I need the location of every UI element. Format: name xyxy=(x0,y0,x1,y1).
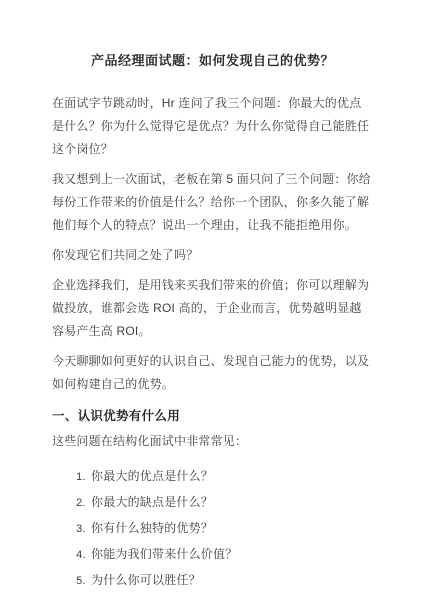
paragraph-previous-interview: 我又想到上一次面试，老板在第 5 面只问了三个问题：你给每份工作带来的价值是什么… xyxy=(52,168,373,237)
interview-questions-list: 你最大的优点是什么？ 你最大的缺点是什么？ 你有什么独特的优势？ 你能为我们带来… xyxy=(52,465,373,592)
list-item-question-3: 你有什么独特的优势？ xyxy=(89,517,373,540)
paragraph-common-question: 你发现它们共同之处了吗？ xyxy=(52,244,373,267)
list-item-question-4: 你能为我们带来什么价值？ xyxy=(89,543,373,566)
list-intro: 这些问题在结构化面试中非常常见： xyxy=(52,430,373,453)
paragraph-topic-summary: 今天聊聊如何更好的认识自己、发现自己能力的优势，以及如何构建自己的优势。 xyxy=(52,350,373,396)
list-item-question-1: 你最大的优点是什么？ xyxy=(89,465,373,488)
paragraph-roi: 企业选择我们，是用钱来买我们带来的价值；你可以理解为做投放，谁都会选 ROI 高… xyxy=(52,274,373,343)
paragraph-intro-bytedance: 在面试字节跳动时，Hr 连问了我三个问题：你最大的优点是什么？你为什么觉得它是优… xyxy=(52,92,373,161)
document-page: 产品经理面试题：如何发现自己的优势？ 在面试字节跳动时，Hr 连问了我三个问题：… xyxy=(0,0,424,600)
page-title: 产品经理面试题：如何发现自己的优势？ xyxy=(52,52,373,70)
section-heading: 一、认识优势有什么用 xyxy=(52,405,373,428)
list-item-question-5: 为什么你可以胜任？ xyxy=(89,569,373,592)
list-item-question-2: 你最大的缺点是什么？ xyxy=(89,491,373,514)
